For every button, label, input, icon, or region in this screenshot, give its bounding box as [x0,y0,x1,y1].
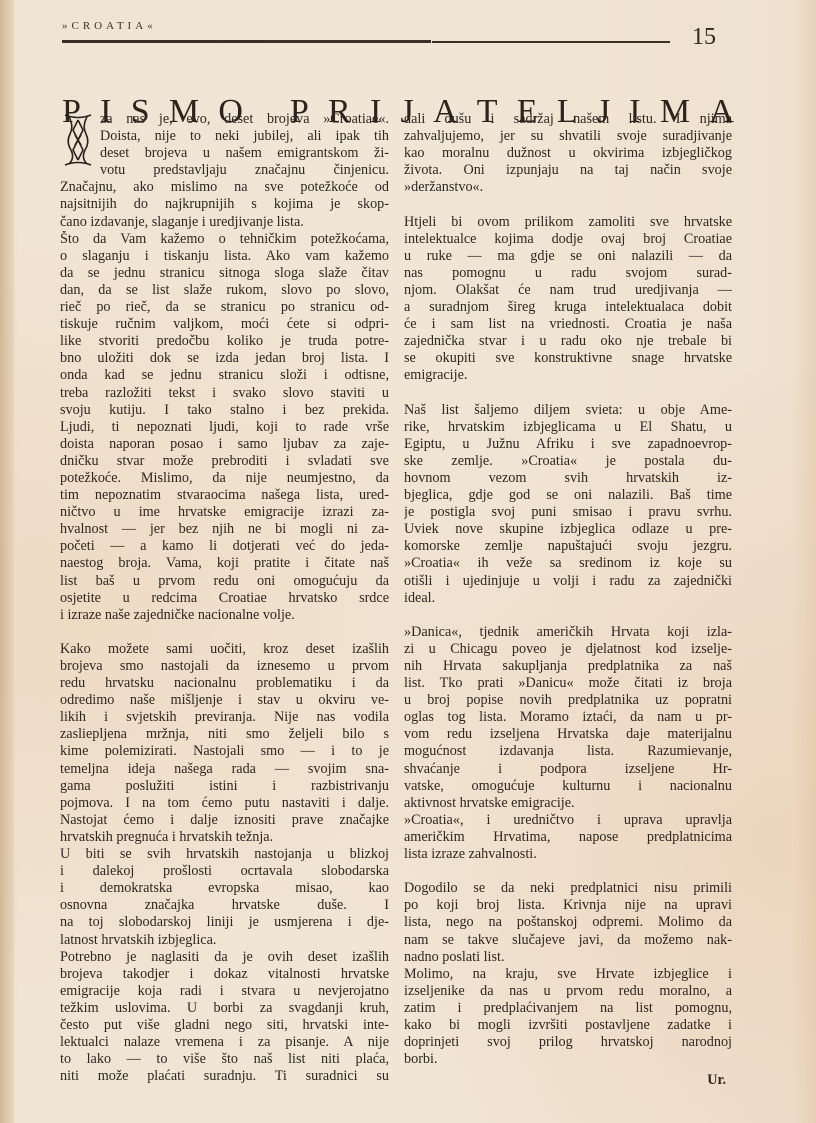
text-line: »deržanstvo«. [404,179,732,196]
text-line: zatim i predplaćivanjem na list pomognu, [404,1000,732,1017]
page-edge-shadow [0,0,14,1123]
text-line: Uviek nove skupine izbjeglica odlaze u p… [404,521,732,538]
text-line: ske zemlje. »Croatia« je postala du- [404,453,732,470]
text-line: po koji broj lista. Krivnja nije na upra… [404,897,732,914]
text-line: redu hrvatsku nacionalnu problematiku i … [60,675,389,692]
text-line: brojeva smo nastojali da iznesemo u prvo… [60,658,389,675]
page-number: 15 [692,24,716,51]
text-line: tiskuje ručnim valjkom, moći ćete si odp… [60,316,389,333]
scanned-page: »CROATIA« 15 PISMO PRIJATELJIMA za nas j… [0,0,816,1123]
text-line: zajednička stvar i u radu oko nje trebal… [404,333,732,350]
text-line: Kako možete sami uočiti, kroz deset izaš… [60,641,389,658]
text-line: života. Oni izpunjaju na taj način svoje [404,162,732,179]
text-line: naestog broja. Vama, koji pratite i čita… [60,555,389,572]
article-column-left: za nas je, evo, deset brojeva »Croatiae«… [60,111,389,1085]
text-line: votu predstavljaju značajnu činjenicu. [60,162,389,179]
text-line: doprinjeti svoj prilog hrvatskoj narodno… [404,1034,732,1051]
text-line: nadno poslati list. [404,949,732,966]
text-line: borbi. [404,1051,732,1068]
text-line: like stvoriti predočbu koliko je truda p… [60,333,389,350]
text-line: u broj popise novih predplatnika uz popr… [404,692,732,709]
text-line: njom. Olakšat će nam trud uredjivanja — [404,282,732,299]
text-line: treba razložiti tekst i svako slovo stav… [60,385,389,402]
text-line: komorske zemlje napuštajući svoju jezgru… [404,538,732,555]
text-line: se okupiti sve konstruktivne snage hrvat… [404,350,732,367]
text-line: hrvatskih pregnuća i hrvatskih težnja. [60,829,389,846]
text-line: osjetite u redcima Croatiae hrvatsko srd… [60,590,389,607]
text-line: shvaćanje i podpora izseljene Hr- [404,761,732,778]
text-line: hovnom vezom svih hrvatskih iz- [404,470,732,487]
text-line: to lako — to više što naš list niti plać… [60,1051,389,1068]
text-line: Naš list šaljemo diljem svieta: u obje A… [404,402,732,419]
text-line: doista naporan posao i samo ljubav za za… [60,436,389,453]
text-line: »Danica«, tjednik američkih Hrvata koji … [404,624,732,641]
text-line: odredimo naše mišljenje i stav u okviru … [60,692,389,709]
text-line: tim nepoznatim stvaraocima našega lista,… [60,487,389,504]
text-line: list baš u prvom redu oni omogućuju da [60,573,389,590]
text-line: će i sam list na vriednosti. Croatia je … [404,316,732,333]
text-line: rieč po rieč, da se stranicu po stranicu… [60,299,389,316]
text-line: latnost hrvatskih izbjeglica. [60,932,389,949]
text-line: Dogodilo se da neki predplatnici nisu pr… [404,880,732,897]
text-line: dničku stvar može prebroditi i svladati … [60,453,389,470]
text-line: Značajnu, ako mislimo na sve potežkoće o… [60,179,389,196]
text-line: dali dušu i sadržaj našem listu. I njima [404,111,732,128]
text-line: Molimo, na kraju, sve Hrvate izbjeglice … [404,966,732,983]
text-line: čano izdavanje, slaganje i uredjivanje l… [60,214,389,231]
text-line: izseljenike da nas u prvom redu moralno,… [404,983,732,1000]
text-line: dan, da se list slaže rukom, slovo po sl… [60,282,389,299]
text-line: i dalekoj prošlosti ocrtavala slobodarsk… [60,863,389,880]
text-line: mogućnost izdavanja lista. Razumievanje, [404,743,732,760]
text-line: Ljudi, ti nepoznati ljudi, koji to rade … [60,419,389,436]
article-column-right: dali dušu i sadržaj našem listu. I njima… [404,111,732,1092]
text-line: emigracije koja radi i stvara u nevjeroj… [60,983,389,1000]
text-line: lista, nego na poštanskoj odpremi. Molim… [404,914,732,931]
text-line: intelektualce kojima dodje ovaj broj Cro… [404,231,732,248]
text-line: hvalnost — jer bez njih ne bi mogli ni z… [60,521,389,538]
paragraph-gap [404,385,732,402]
text-line: a suradnjom šireg kruga intelektualaca d… [404,299,732,316]
text-line: Htjeli bi ovom prilikom zamoliti sve hrv… [404,214,732,231]
text-line: kao moralnu dužnost u okvirima izbjeglič… [404,145,732,162]
text-line: nas pomognu u radu svojom surad- [404,265,732,282]
paragraph-gap [60,624,389,641]
text-line: kako bi mogli izvršiti postavljene zadat… [404,1017,732,1034]
text-line: ideal. [404,590,732,607]
text-line: lektualci nalaze vremena i za pisanje. A… [60,1034,389,1051]
text-line: emigracije. [404,367,732,384]
text-line: lista izraze zahvalnosti. [404,846,732,863]
text-line: često put više gladni nego siti, hrvatsk… [60,1017,389,1034]
text-line: kime polemizirati. Nastojali smo — i to … [60,743,389,760]
text-line: za nas je, evo, deset brojeva »Croatiae«… [60,111,389,128]
text-line: težkim uslovima. U borbi za svagdanji kr… [60,1000,389,1017]
text-line: američkim Hrvatima, napose predplatnicim… [404,829,732,846]
text-line: o slaganju i tiskanju lista. Ako vam kaž… [60,248,389,265]
text-line: temeljna ideja našega rada — svojim sna- [60,761,389,778]
text-line: otišli i ujedinjuje u volji i radu za za… [404,573,732,590]
text-line: da se jednu stranicu sitnoga sloga slaže… [60,265,389,282]
text-line: i izraze naše zajedničke nacionalne volj… [60,607,389,624]
text-line: gama poslužiti istini i razbistrivanju [60,778,389,795]
text-line: aktivnost hrvatske emigracije. [404,795,732,812]
text-line: vom redu izseljena Hrvatska daje materij… [404,726,732,743]
text-line: »Croatia« ih veže sa sredinom iz koje su [404,555,732,572]
text-line: vatske, omogućuje kulturnu i nacionalnu [404,778,732,795]
text-line: »Croatia«, i uredničtvo i uprava upravlj… [404,812,732,829]
paragraph-gap [404,607,732,624]
text-line: onda kad se jednu stranicu složi i odtis… [60,367,389,384]
text-line: Nastojat ćemo i dalje iznositi prave zna… [60,812,389,829]
header-rule [62,40,431,43]
text-line: ničtvo u ime hrvatske emigracije izrazi … [60,504,389,521]
text-line: pojmova. I na tom ćemo putu nastaviti i … [60,795,389,812]
text-line: nam se takve slučajeve javi, da možemo n… [404,932,732,949]
text-line: svoju kutiju. I tako stalno i bez prekid… [60,402,389,419]
running-head: »CROATIA« [62,20,157,32]
text-line: deset brojeva u našem emigrantskom ži- [60,145,389,162]
text-line: bjeglica, gdje god se oni nalazili. Baš … [404,487,732,504]
signature: Ur. [404,1072,732,1092]
text-line: najsitnijih do najkrupnijih s kojima je … [60,196,389,213]
text-line: osnovna značajka hrvatske duše. I [60,897,389,914]
text-line: Egiptu, u Južnu Afriku i sve zapadnoevro… [404,436,732,453]
text-line: oglas tog lista. Moramo iztaći, da nam u… [404,709,732,726]
text-line: list. Tko prati »Danicu« može čitati iz … [404,675,732,692]
text-line: Potrebno je naglasiti da je ovih deset i… [60,949,389,966]
text-line: rike, hrvatskim izbjeglicama u El Shatu,… [404,419,732,436]
text-line: je postigla svoj puni smisao i pravu svr… [404,504,732,521]
text-line: likih i svjetskih previranja. Nije nas v… [60,709,389,726]
text-line: i demokratska evropska misao, kao [60,880,389,897]
text-line: nih Hrvata sakupljanja predplatnika za n… [404,658,732,675]
text-line: niti može plaćati suradnju. Ti suradnici… [60,1068,389,1085]
text-line: početi — a kamo li dotjerati već do jeda… [60,538,389,555]
text-line: u ruke — ma gdje se oni nalazili — da [404,248,732,265]
paragraph-gap [404,863,732,880]
text-line: brojeva takodjer i dokaz vitalnosti hrva… [60,966,389,983]
text-line: potežkoće. Mislimo, da nije neumjestno, … [60,470,389,487]
paragraph-gap [404,196,732,213]
text-line: zasliepljena mržnja, niti smo željeli bi… [60,726,389,743]
text-line: zi u Chicagu poveo je djelatnost kod izs… [404,641,732,658]
text-line: Doista, nije to neki jubilej, ali ipak t… [60,128,389,145]
text-line: Što da Vam kažemo o tehničkim potežkoćam… [60,231,389,248]
text-line: na toj slobodarskoj liniji je usmjerena … [60,914,389,931]
text-line: U biti se svih hrvatskih nastojanja u bl… [60,846,389,863]
header-rule-continuation [432,41,670,43]
text-line: zahvaljujemo, jer su shvatili svoje sura… [404,128,732,145]
text-line: bno uložiti dok se izda jedan broj lista… [60,350,389,367]
